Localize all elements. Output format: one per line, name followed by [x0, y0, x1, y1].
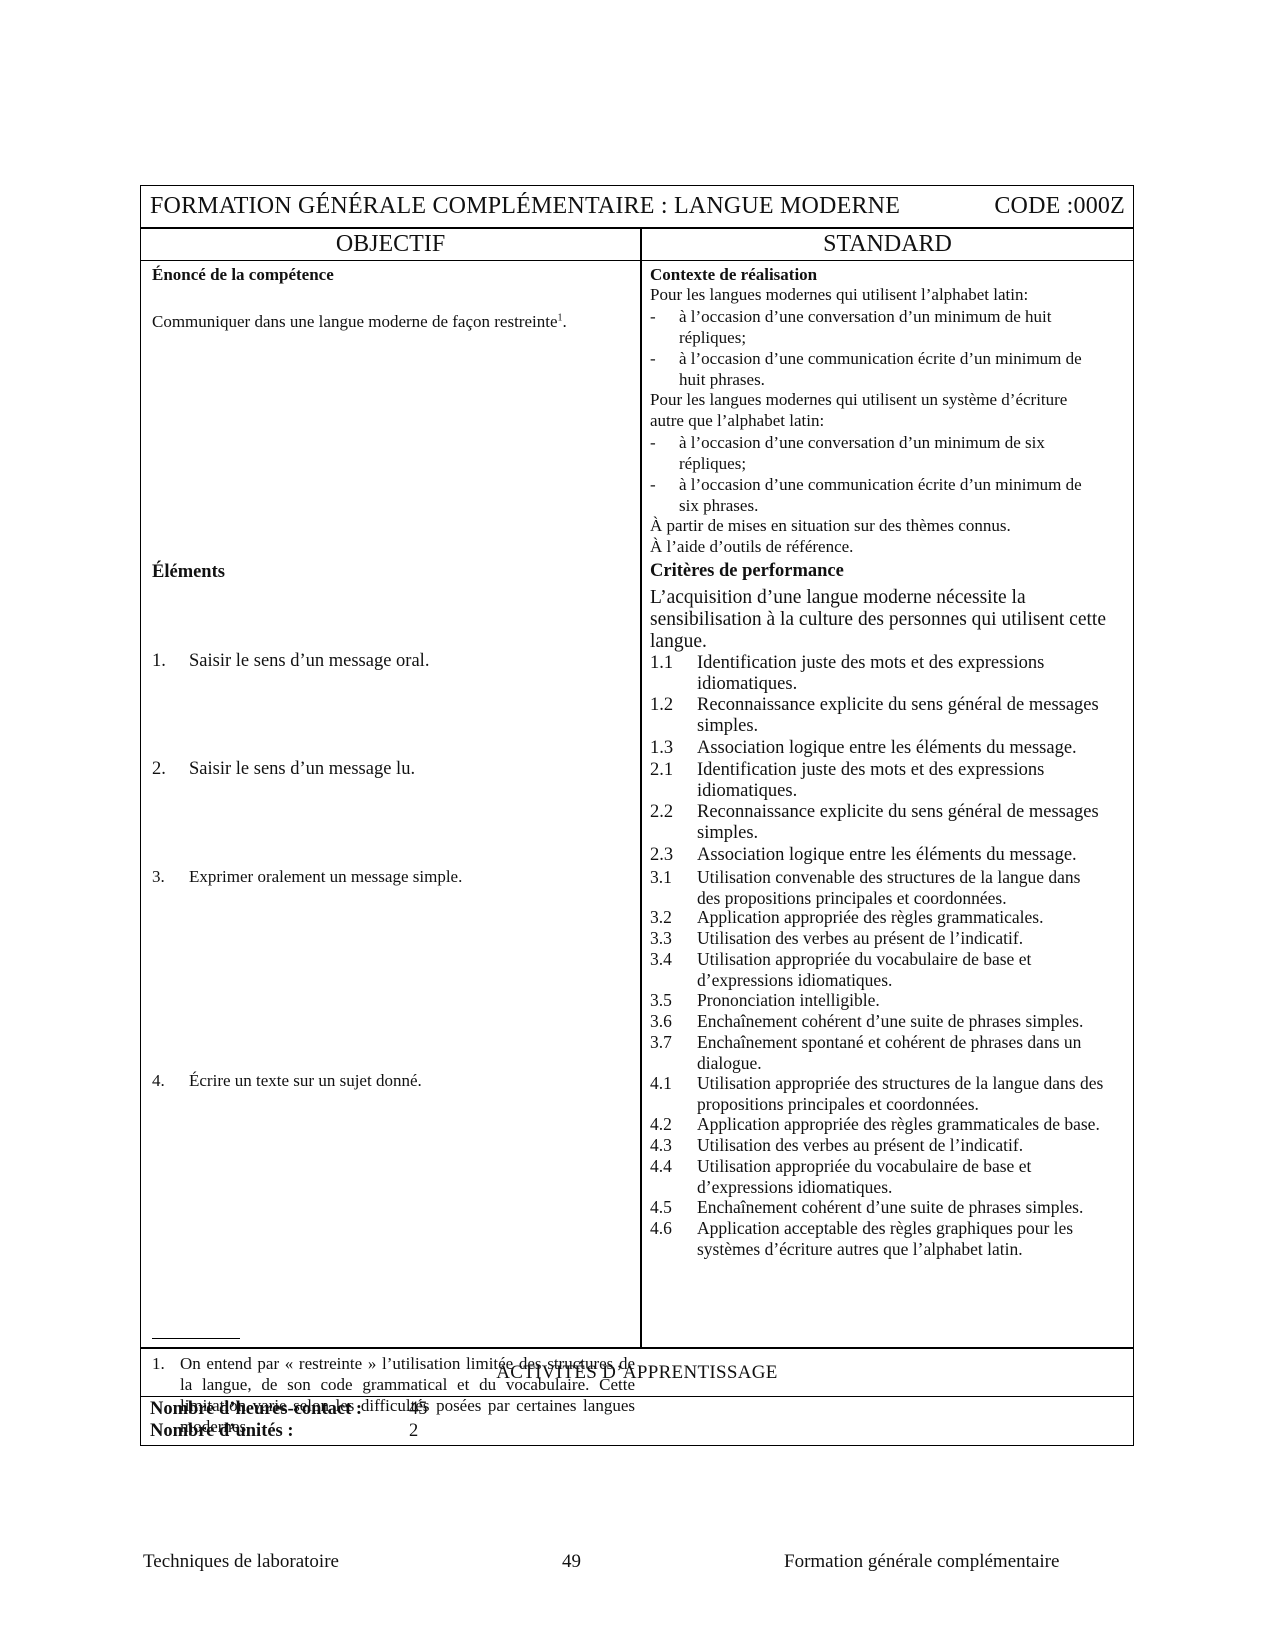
element-text: Saisir le sens d’un message lu.	[189, 759, 415, 779]
contexte-heading: Contexte de réalisation	[650, 265, 817, 285]
critere-item: 4.4Utilisation appropriée du vocabulaire…	[650, 1156, 1031, 1198]
critere-number: 1.1	[650, 653, 697, 674]
critere-item: 2.2Reconnaissance explicite du sens géné…	[650, 802, 1099, 844]
bullet-continuation: répliques;	[650, 327, 1052, 348]
critere-number: 4.6	[650, 1218, 697, 1239]
footer-program: Techniques de laboratoire	[143, 1551, 339, 1573]
critere-item: 3.5Prononciation intelligible.	[650, 990, 880, 1011]
contexte-bullet: -à l’occasion d’une communication écrite…	[650, 348, 1082, 390]
bullet-continuation: répliques;	[650, 453, 1045, 474]
critere-number: 3.3	[650, 928, 697, 949]
critere-continuation: propositions principales et coordonnées.	[650, 1094, 1103, 1115]
element-number: 2.	[152, 759, 189, 780]
critere-line: 4.5Enchaînement cohérent d’une suite de …	[650, 1197, 1083, 1218]
elements-heading: Éléments	[152, 562, 225, 583]
critere-text: Utilisation appropriée du vocabulaire de…	[697, 1156, 1031, 1176]
critere-text: Utilisation des verbes au présent de l’i…	[697, 928, 1023, 948]
element-number: 4.	[152, 1071, 189, 1091]
bullet-text: à l’occasion d’une conversation d’un min…	[679, 433, 1045, 452]
bullet-dash: -	[650, 474, 679, 495]
standard-header: STANDARD	[642, 229, 1133, 260]
unites-label: Nombre d’unités :	[150, 1421, 294, 1442]
title-row: FORMATION GÉNÉRALE COMPLÉMENTAIRE : LANG…	[141, 186, 1133, 229]
unites-value: 2	[409, 1421, 418, 1442]
standard-column: Contexte de réalisation Pour les langues…	[642, 261, 1133, 1347]
critere-line: 4.3Utilisation des verbes au présent de …	[650, 1135, 1023, 1156]
bullet-continuation: six phrases.	[650, 495, 1082, 516]
critere-item: 4.1Utilisation appropriée des structures…	[650, 1073, 1103, 1115]
critere-number: 2.3	[650, 845, 697, 866]
critere-continuation: d’expressions idiomatiques.	[650, 1177, 1031, 1198]
critere-line: 4.6Application acceptable des règles gra…	[650, 1218, 1073, 1239]
course-code: CODE :000Z	[994, 193, 1125, 220]
critere-text: Enchaînement cohérent d’une suite de phr…	[697, 1011, 1083, 1031]
enonce-heading: Énoncé de la compétence	[152, 265, 334, 285]
critere-text: Application acceptable des règles graphi…	[697, 1218, 1073, 1238]
critere-item: 3.2Application appropriée des règles gra…	[650, 907, 1043, 928]
critere-text: Application appropriée des règles gramma…	[697, 1114, 1100, 1134]
footnote-rule	[152, 1338, 240, 1339]
critere-line: 3.6Enchaînement cohérent d’une suite de …	[650, 1011, 1083, 1032]
bullet-text: à l’occasion d’une conversation d’un min…	[679, 307, 1052, 326]
critere-item: 3.1Utilisation convenable des structures…	[650, 867, 1080, 909]
footnote-number: 1.	[152, 1353, 165, 1374]
critere-number: 3.2	[650, 907, 697, 928]
contexte-closing: À partir de mises en situation sur des t…	[650, 516, 1011, 536]
critere-number: 2.1	[650, 760, 697, 781]
bullet-dash: -	[650, 348, 679, 369]
critere-text: Utilisation des verbes au présent de l’i…	[697, 1135, 1023, 1155]
critere-number: 3.5	[650, 990, 697, 1011]
critere-item: 1.2Reconnaissance explicite du sens géné…	[650, 695, 1099, 737]
critere-continuation: idiomatiques.	[650, 674, 1044, 695]
critere-line: 1.1Identification juste des mots et des …	[650, 653, 1044, 674]
critere-item: 4.2Application appropriée des règles gra…	[650, 1114, 1100, 1135]
contexte-other-intro: autre que l’alphabet latin:	[650, 411, 824, 431]
contexte-closing: À l’aide d’outils de référence.	[650, 537, 853, 557]
critere-item: 1.1Identification juste des mots et des …	[650, 653, 1044, 695]
element-number: 3.	[152, 867, 189, 887]
critere-item: 4.6Application acceptable des règles gra…	[650, 1218, 1073, 1260]
heures-label: Nombre d’heures-contact :	[150, 1399, 362, 1420]
column-headers: OBJECTIF STANDARD	[141, 229, 1133, 261]
bullet-line: -à l’occasion d’une conversation d’un mi…	[650, 306, 1052, 327]
element-item: 1.Saisir le sens d’un message oral.	[152, 651, 429, 672]
bullet-text: à l’occasion d’une communication écrite …	[679, 475, 1082, 494]
bullet-line: -à l’occasion d’une conversation d’un mi…	[650, 432, 1045, 453]
contexte-latin-intro: Pour les langues modernes qui utilisent …	[650, 285, 1028, 305]
enonce-period: .	[563, 312, 567, 331]
critere-number: 4.1	[650, 1073, 697, 1094]
competency-table: FORMATION GÉNÉRALE COMPLÉMENTAIRE : LANG…	[140, 185, 1134, 1446]
contexte-other-intro: Pour les langues modernes qui utilisent …	[650, 390, 1067, 410]
critere-continuation: d’expressions idiomatiques.	[650, 970, 1031, 991]
critere-continuation: des propositions principales et coordonn…	[650, 888, 1080, 909]
critere-number: 3.4	[650, 949, 697, 970]
critere-line: 2.3Association logique entre les élément…	[650, 845, 1077, 866]
critere-line: 4.4Utilisation appropriée du vocabulaire…	[650, 1156, 1031, 1177]
heures-value: 45	[409, 1399, 428, 1420]
contexte-bullet: -à l’occasion d’une communication écrite…	[650, 474, 1082, 516]
critere-continuation: dialogue.	[650, 1053, 1081, 1074]
critere-item: 3.3Utilisation des verbes au présent de …	[650, 928, 1023, 949]
critere-line: 2.1Identification juste des mots et des …	[650, 760, 1044, 781]
critere-line: 2.2Reconnaissance explicite du sens géné…	[650, 802, 1099, 823]
critere-text: Application appropriée des règles gramma…	[697, 907, 1043, 927]
critere-text: Association logique entre les éléments d…	[697, 845, 1077, 865]
critere-number: 4.2	[650, 1114, 697, 1135]
critere-number: 2.2	[650, 802, 697, 823]
critere-number: 4.3	[650, 1135, 697, 1156]
critere-line: 3.5Prononciation intelligible.	[650, 990, 880, 1011]
critere-text: Reconnaissance explicite du sens général…	[697, 695, 1099, 715]
footer-page-number: 49	[562, 1551, 581, 1573]
element-text: Exprimer oralement un message simple.	[189, 867, 462, 886]
critere-continuation: simples.	[650, 823, 1099, 844]
element-text: Saisir le sens d’un message oral.	[189, 651, 429, 671]
critere-item: 4.3Utilisation des verbes au présent de …	[650, 1135, 1023, 1156]
critere-continuation: simples.	[650, 716, 1099, 737]
critere-text: Association logique entre les éléments d…	[697, 738, 1077, 758]
criteres-intro: L’acquisition d’une langue moderne néces…	[650, 587, 1026, 609]
critere-item: 4.5Enchaînement cohérent d’une suite de …	[650, 1197, 1083, 1218]
critere-number: 1.2	[650, 695, 697, 716]
critere-item: 1.3Association logique entre les élément…	[650, 738, 1077, 759]
critere-text: Identification juste des mots et des exp…	[697, 760, 1044, 780]
bullet-dash: -	[650, 432, 679, 453]
hours-block: Nombre d’heures-contact : 45 Nombre d’un…	[141, 1397, 1133, 1445]
contexte-bullet: -à l’occasion d’une conversation d’un mi…	[650, 306, 1052, 348]
critere-item: 2.1Identification juste des mots et des …	[650, 760, 1044, 802]
critere-number: 4.4	[650, 1156, 697, 1177]
critere-continuation: idiomatiques.	[650, 781, 1044, 802]
critere-number: 3.1	[650, 867, 697, 888]
element-text: Écrire un texte sur un sujet donné.	[189, 1071, 422, 1090]
critere-text: Utilisation appropriée du vocabulaire de…	[697, 949, 1031, 969]
critere-line: 1.2Reconnaissance explicite du sens géné…	[650, 695, 1099, 716]
document-title: FORMATION GÉNÉRALE COMPLÉMENTAIRE : LANG…	[150, 193, 900, 220]
critere-item: 2.3Association logique entre les élément…	[650, 845, 1077, 866]
element-item: 3.Exprimer oralement un message simple.	[152, 867, 462, 887]
element-item: 4.Écrire un texte sur un sujet donné.	[152, 1071, 422, 1091]
criteres-intro: langue.	[650, 631, 707, 653]
critere-text: Utilisation convenable des structures de…	[697, 867, 1080, 887]
critere-text: Utilisation appropriée des structures de…	[697, 1073, 1103, 1093]
objectif-header: OBJECTIF	[141, 229, 642, 260]
critere-number: 4.5	[650, 1197, 697, 1218]
critere-text: Prononciation intelligible.	[697, 990, 880, 1010]
bullet-line: -à l’occasion d’une communication écrite…	[650, 348, 1082, 369]
bullet-continuation: huit phrases.	[650, 369, 1082, 390]
critere-line: 1.3Association logique entre les élément…	[650, 738, 1077, 759]
criteres-heading: Critères de performance	[650, 561, 844, 582]
criteres-intro: sensibilisation à la culture des personn…	[650, 609, 1106, 631]
critere-line: 3.4Utilisation appropriée du vocabulaire…	[650, 949, 1031, 970]
critere-number: 3.6	[650, 1011, 697, 1032]
critere-text: Enchaînement cohérent d’une suite de phr…	[697, 1197, 1083, 1217]
enonce-sentence: Communiquer dans une langue moderne de f…	[152, 312, 558, 331]
bullet-dash: -	[650, 306, 679, 327]
contexte-bullet: -à l’occasion d’une conversation d’un mi…	[650, 432, 1045, 474]
critere-line: 3.3Utilisation des verbes au présent de …	[650, 928, 1023, 949]
critere-text: Identification juste des mots et des exp…	[697, 653, 1044, 673]
table-body: Énoncé de la compétence Communiquer dans…	[141, 261, 1133, 1349]
bullet-text: à l’occasion d’une communication écrite …	[679, 349, 1082, 368]
critere-line: 4.1Utilisation appropriée des structures…	[650, 1073, 1103, 1094]
critere-line: 3.1Utilisation convenable des structures…	[650, 867, 1080, 888]
footer-section: Formation générale complémentaire	[784, 1551, 1059, 1573]
critere-line: 3.7Enchaînement spontané et cohérent de …	[650, 1032, 1081, 1053]
critere-item: 3.7Enchaînement spontané et cohérent de …	[650, 1032, 1081, 1074]
critere-number: 3.7	[650, 1032, 697, 1053]
critere-number: 1.3	[650, 738, 697, 759]
element-number: 1.	[152, 651, 189, 672]
element-item: 2.Saisir le sens d’un message lu.	[152, 759, 415, 780]
critere-line: 3.2Application appropriée des règles gra…	[650, 907, 1043, 928]
enonce-text: Communiquer dans une langue moderne de f…	[152, 312, 567, 332]
critere-item: 3.6Enchaînement cohérent d’une suite de …	[650, 1011, 1083, 1032]
objectif-column: Énoncé de la compétence Communiquer dans…	[141, 261, 642, 1347]
critere-item: 3.4Utilisation appropriée du vocabulaire…	[650, 949, 1031, 991]
bullet-line: -à l’occasion d’une communication écrite…	[650, 474, 1082, 495]
critere-line: 4.2Application appropriée des règles gra…	[650, 1114, 1100, 1135]
critere-text: Enchaînement spontané et cohérent de phr…	[697, 1032, 1081, 1052]
critere-continuation: systèmes d’écriture autres que l’alphabe…	[650, 1239, 1073, 1260]
critere-text: Reconnaissance explicite du sens général…	[697, 802, 1099, 822]
